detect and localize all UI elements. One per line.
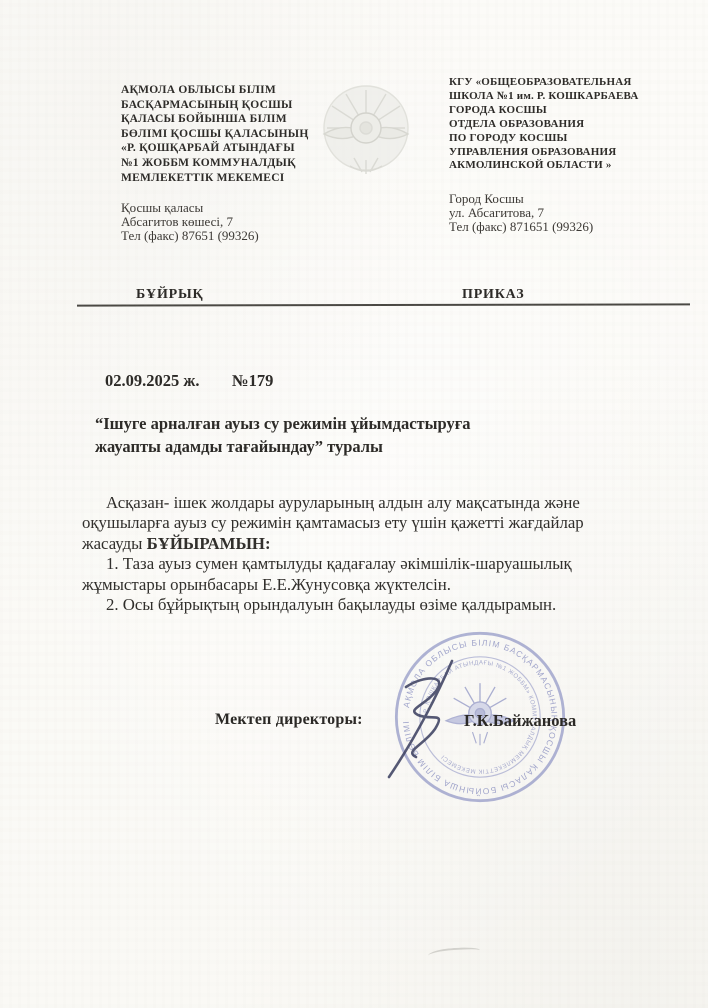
org-name-russian: КГУ «ОБЩЕОБРАЗОВАТЕЛЬНАЯ ШКОЛА №1 им. Р.…: [449, 76, 684, 173]
director-signature: [372, 645, 472, 790]
order-title-line: “Ішуге арналған ауыз су режимін ұйымдаст…: [95, 412, 605, 435]
org-name-kazakh: АҚМОЛА ОБЛЫСЫ БІЛІМ БАСҚАРМАСЫНЫҢ ҚОСШЫ …: [121, 83, 326, 185]
org-kk-line: АҚМОЛА ОБЛЫСЫ БІЛІМ: [121, 83, 326, 98]
addr-ru-line: Город Косшы: [449, 192, 593, 206]
addr-kk-line: Қосшы қаласы: [121, 201, 259, 215]
org-kk-line: «Р. ҚОШҚАРБАЙ АТЫНДАҒЫ: [121, 141, 326, 156]
org-kk-line: ҚАЛАСЫ БОЙЫНША БІЛІМ: [121, 112, 326, 127]
address-russian: Город Косшы ул. Абсагитова, 7 Тел (факс)…: [449, 192, 593, 235]
org-ru-line: ОТДЕЛА ОБРАЗОВАНИЯ: [449, 118, 684, 132]
addr-ru-line: ул. Абсагитова, 7: [449, 206, 593, 220]
org-ru-line: КГУ «ОБЩЕОБРАЗОВАТЕЛЬНАЯ: [449, 76, 684, 90]
org-kk-line: БАСҚАРМАСЫНЫҢ ҚОСШЫ: [121, 98, 326, 113]
order-title-line: жауапты адамды тағайындау” туралы: [95, 435, 605, 458]
org-ru-line: УПРАВЛЕНИЯ ОБРАЗОВАНИЯ: [449, 146, 684, 160]
order-number: №179: [232, 371, 273, 391]
horizontal-rule: [77, 303, 690, 306]
org-ru-line: АКМОЛИНСКОЙ ОБЛАСТИ »: [449, 159, 684, 173]
order-item: 2. Осы бұйрықтың орындалуын бақылауды өз…: [82, 595, 647, 615]
org-ru-line: ГОРОДА КОСШЫ: [449, 104, 684, 118]
signature-name: Г.К.Байжанова: [464, 711, 576, 731]
scanned-order-document: АҚМОЛА ОБЛЫСЫ БІЛІМ БАСҚАРМАСЫНЫҢ ҚОСШЫ …: [0, 0, 708, 1008]
order-word-kazakh: БҰЙРЫҚ: [136, 287, 204, 303]
org-ru-line: ПО ГОРОДУ КОСШЫ: [449, 132, 684, 146]
state-emblem-watermark-icon: [310, 80, 422, 182]
signature-role-label: Мектеп директоры:: [215, 711, 363, 729]
order-intro-paragraph: Асқазан- ішек жолдары ауруларының алдын …: [82, 493, 647, 554]
order-word-russian: ПРИКАЗ: [462, 287, 524, 303]
addr-ru-line: Тел (факс) 871651 (99326): [449, 220, 593, 234]
addr-kk-line: Абсагитов көшесі, 7: [121, 215, 259, 229]
order-date: 02.09.2025 ж.: [105, 371, 199, 391]
scan-smudge-artifact: [428, 946, 481, 960]
order-command-word: БҰЙЫРАМЫН:: [147, 534, 271, 553]
order-title: “Ішуге арналған ауыз су режимін ұйымдаст…: [95, 412, 605, 458]
org-kk-line: БӨЛІМІ ҚОСШЫ ҚАЛАСЫНЫҢ: [121, 127, 326, 142]
org-ru-line: ШКОЛА №1 им. Р. КОШКАРБАЕВА: [449, 90, 684, 104]
org-kk-line: №1 ЖОББМ КОММУНАЛДЫҚ: [121, 156, 326, 171]
addr-kk-line: Тел (факс) 87651 (99326): [121, 229, 259, 243]
address-kazakh: Қосшы қаласы Абсагитов көшесі, 7 Тел (фа…: [121, 201, 259, 244]
order-item: 1. Таза ауыз сумен қамтылуды қадағалау ә…: [82, 554, 647, 595]
org-kk-line: МЕМЛЕКЕТТІК МЕКЕМЕСІ: [121, 171, 326, 186]
order-body: Асқазан- ішек жолдары ауруларының алдын …: [82, 493, 647, 615]
